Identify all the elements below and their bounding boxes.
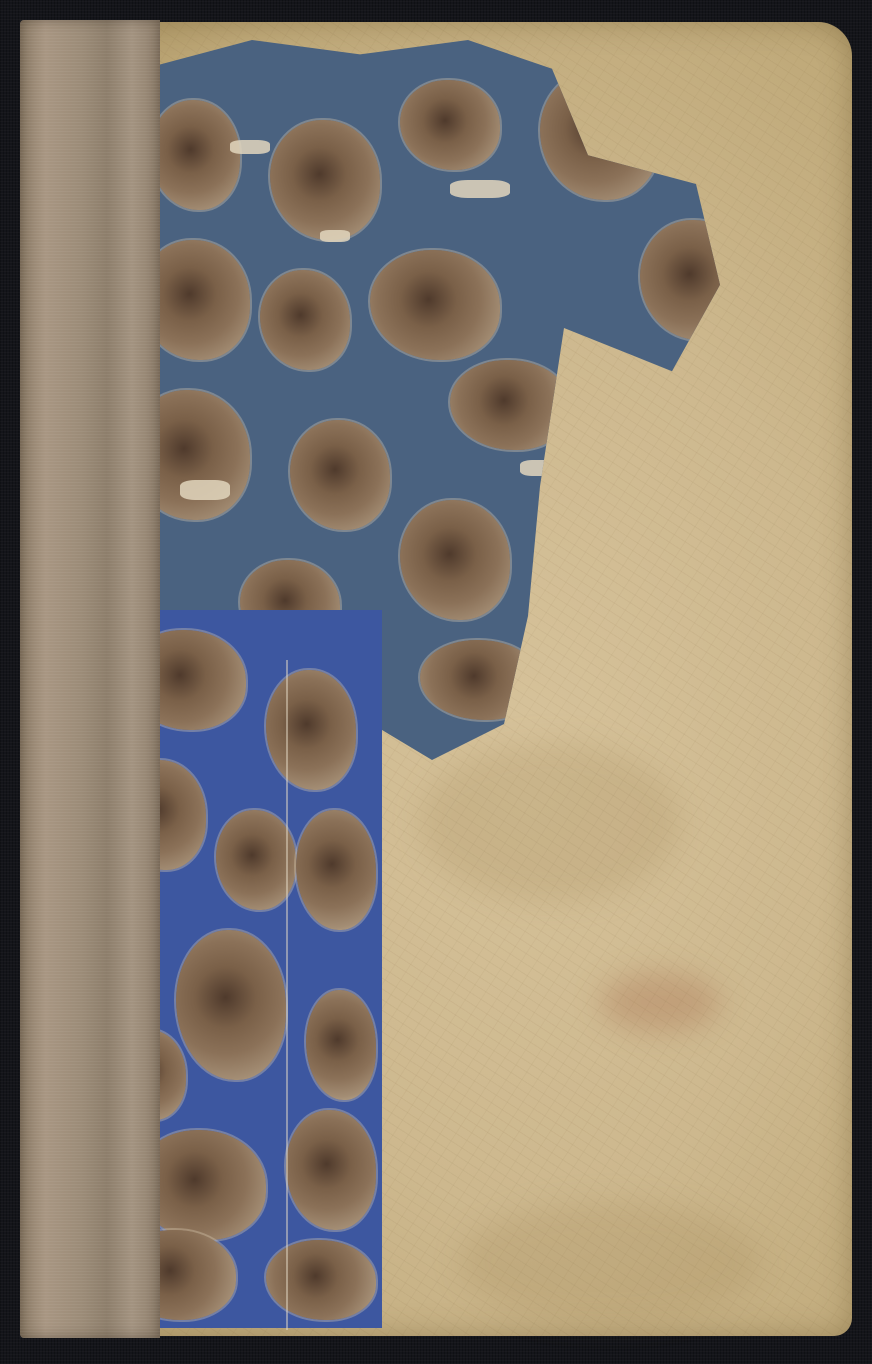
- book-cover: [20, 20, 852, 1338]
- brown-spot: [600, 972, 720, 1032]
- water-stain: [420, 742, 680, 902]
- cloth-spine: [20, 20, 160, 1338]
- paper-seam: [286, 660, 288, 1330]
- water-stain-lower: [460, 1202, 760, 1322]
